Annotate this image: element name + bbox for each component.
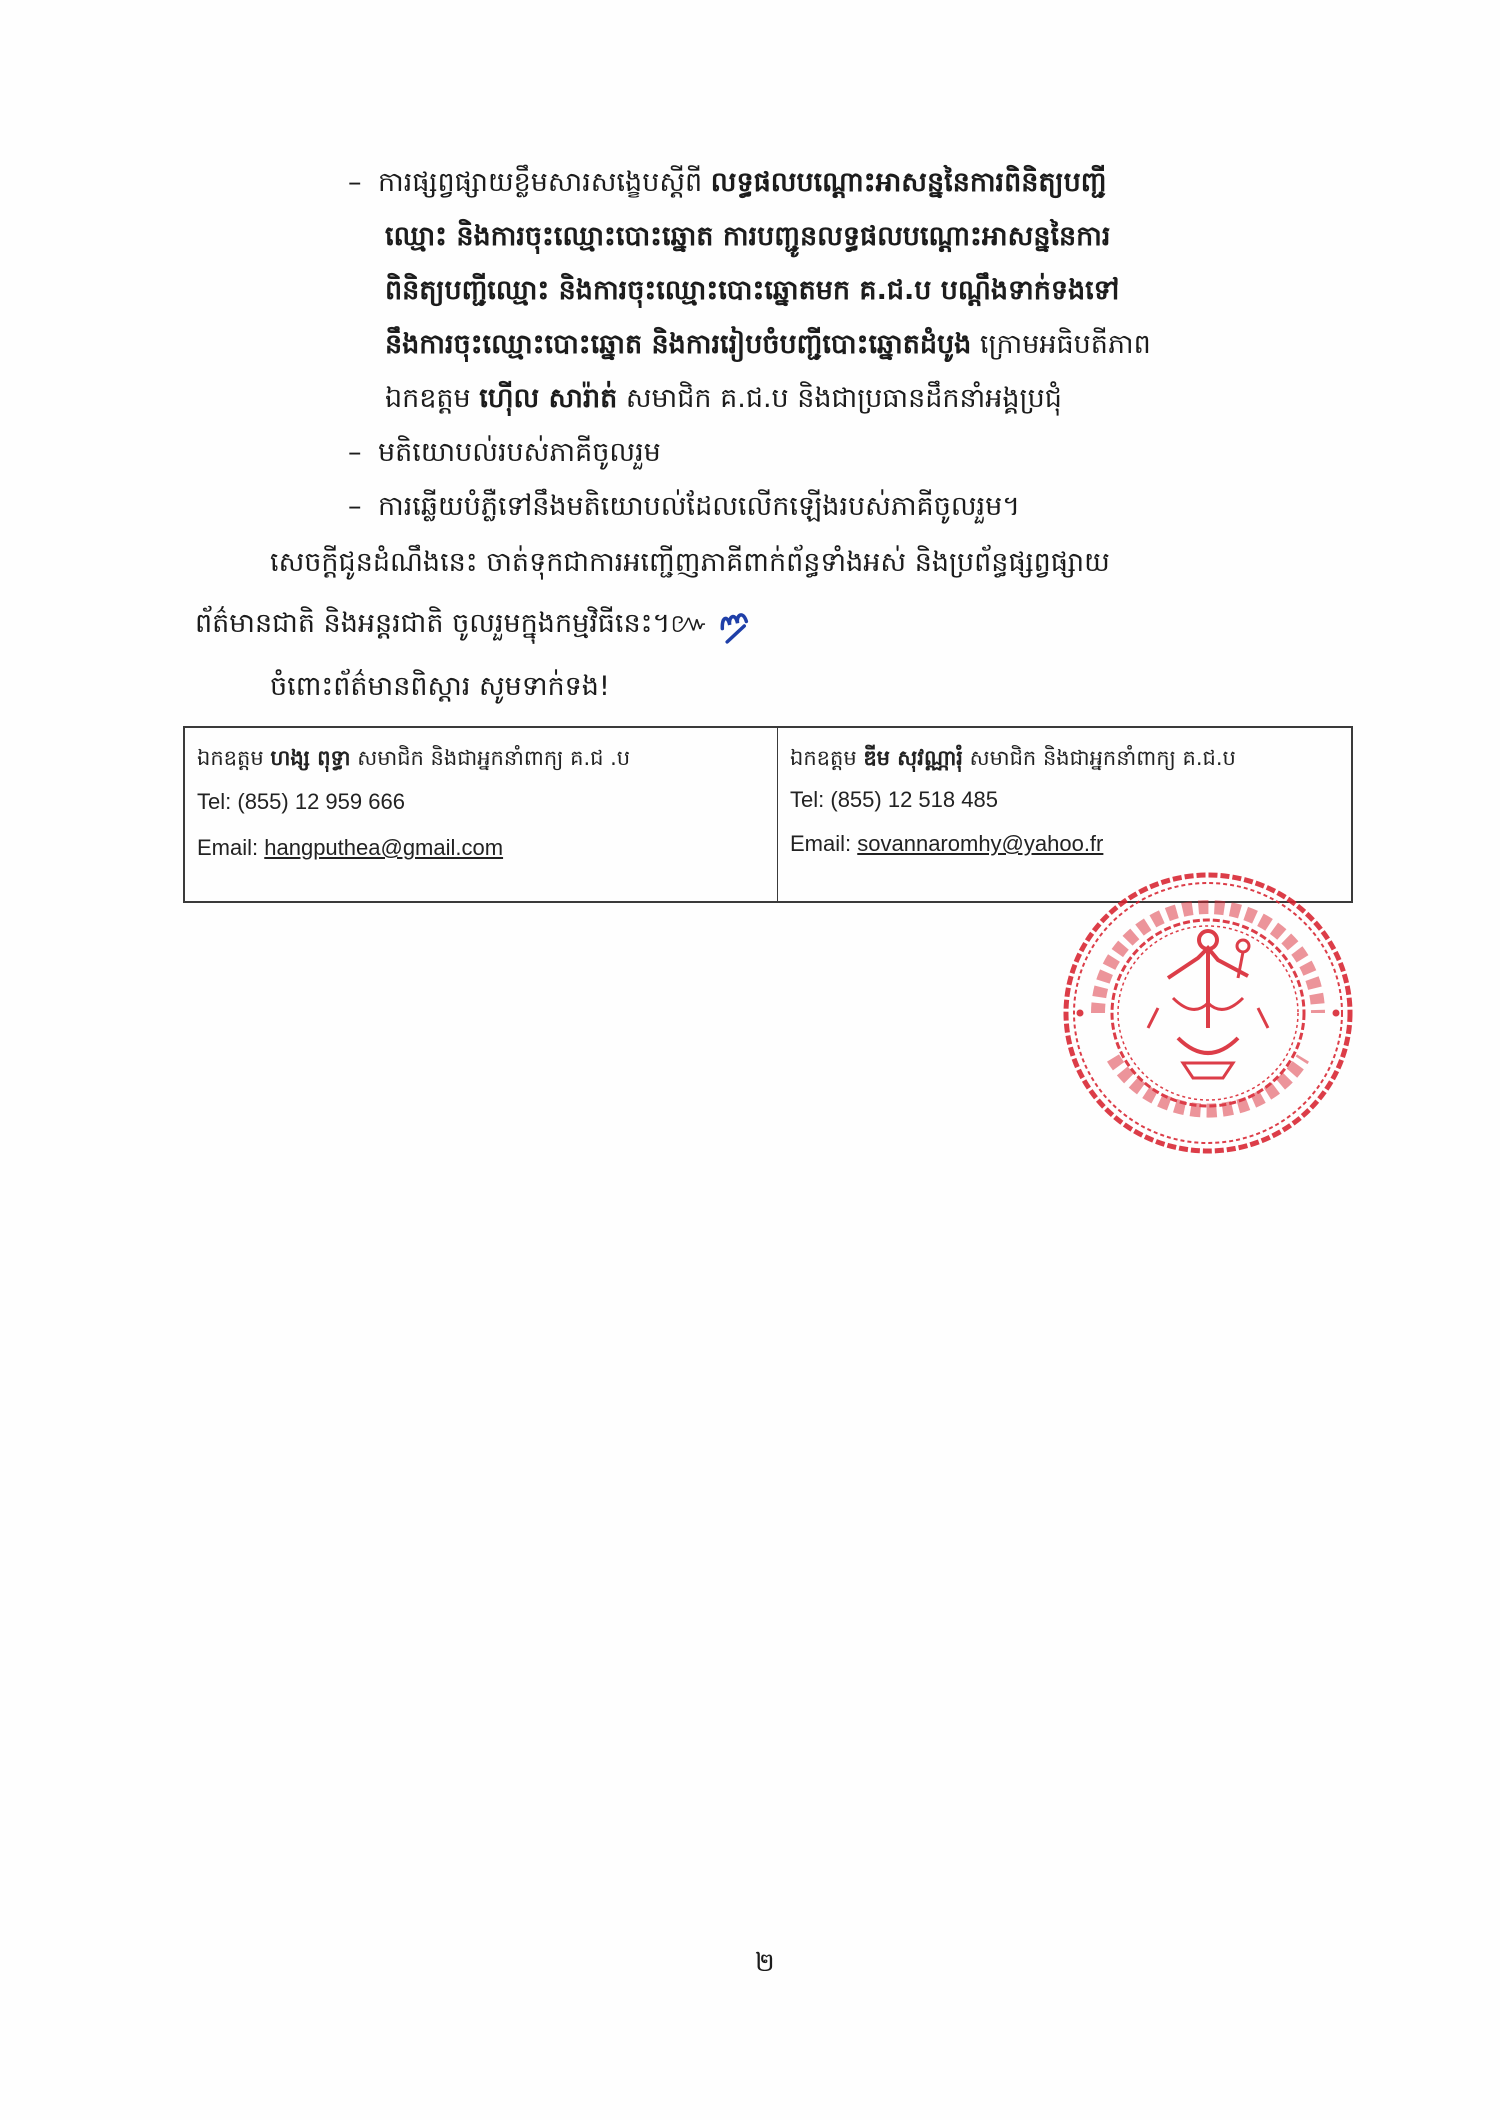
document-page: –ការផ្សព្វផ្សាយខ្លឹមសារសង្ខេបស្ដីពី លទ្ធ… [0, 0, 1500, 2120]
bullet-dash: – [348, 156, 378, 210]
agenda-item-1-line-2: ឈ្មោះ និងការចុះឈ្មោះបោះឆ្នោត ការបញ្ជូនលទ… [385, 210, 1110, 264]
agenda-item-2: –មតិយោបល់របស់ភាគីចូលរួម [348, 426, 661, 480]
contact-1-email-link[interactable]: hangputhea@gmail.com [264, 835, 503, 860]
contact-2-email-link[interactable]: sovannaromhy@yahoo.fr [857, 831, 1103, 856]
agenda-item-1-line-1: –ការផ្សព្វផ្សាយខ្លឹមសារសង្ខេបស្ដីពី លទ្ធ… [348, 156, 1106, 210]
agenda-item-1-line-4: នឹងការចុះឈ្មោះបោះឆ្នោត និងការរៀបចំបញ្ជីប… [385, 318, 1151, 372]
contact-1-title: ឯកឧត្ដម ហង្ស ពុទ្ធា សមាជិក និងជាអ្នកនាំព… [197, 738, 765, 778]
contact-2-title: ឯកឧត្ដម ឌីម សុវណ្ណារំុ សមាជិក និងជាអ្នកន… [790, 738, 1339, 778]
closing-paragraph-line-1: សេចក្ដីជូនដំណឹងនេះ ចាត់ទុកជាការអញ្ជើញភាគ… [270, 536, 1110, 590]
presiding-official-name: ហ៊ើល សារ៉ាត់ [479, 383, 617, 414]
bullet-dash: – [348, 480, 378, 534]
agenda-item-1-line-3: ពិនិត្យបញ្ជីឈ្មោះ និងការចុះឈ្មោះបោះឆ្នោត… [385, 264, 1119, 318]
initials-signature-icon [711, 591, 755, 651]
contact-1-email-row: Email: hangputhea@gmail.com [197, 826, 765, 870]
contact-1-name: ហង្ស ពុទ្ធា [270, 746, 350, 770]
contact-2-email-row: Email: sovannaromhy@yahoo.fr [790, 822, 1339, 866]
contact-2-name: ឌីម សុវណ្ណារំុ [863, 746, 963, 770]
contact-2-tel: Tel: (855) 12 518 485 [790, 778, 1339, 822]
contact-cell-1: ឯកឧត្ដម ហង្ស ពុទ្ធា សមាជិក និងជាអ្នកនាំព… [185, 728, 778, 901]
contact-request: ចំពោះព័ត៌មានពិស្ដារ សូមទាក់ទង! [270, 660, 610, 714]
closing-paragraph-line-2: ព័ត៌មានជាតិ និងអន្តរជាតិ ចូលរួមក្នុងកម្ម… [195, 594, 751, 651]
official-seal-stamp-icon [1058, 868, 1358, 1158]
page-number: ២ [755, 1946, 775, 1984]
bullet-dash: – [348, 426, 378, 480]
agenda-item-3: –ការឆ្លើយបំភ្លឺទៅនឹងមតិយោបល់ដែលលើកឡើងរបស… [348, 480, 1020, 534]
agenda-item-1-line-5: ឯកឧត្ដម ហ៊ើល សារ៉ាត់ សមាជិក គ.ជ.ប និងជាប… [385, 372, 1062, 426]
contact-1-tel: Tel: (855) 12 959 666 [197, 778, 765, 826]
